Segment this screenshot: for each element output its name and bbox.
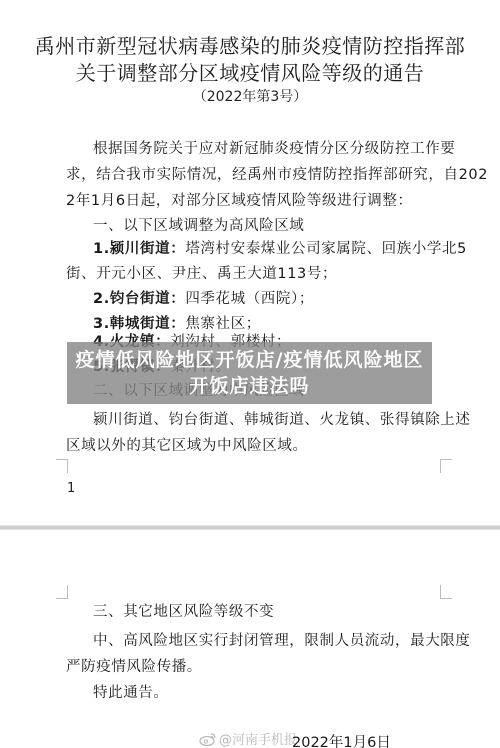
high-risk-item-1: 1.颍川街道：塔湾村安泰煤业公司家属院、回族小学北5 [93, 240, 467, 258]
high-risk-item-3-label: 3.韩城街道： [93, 316, 185, 332]
document-page-1: 禹州市新型冠状病毒感染的肺炎疫情防控指挥部 关于调整部分区域疫情风险等级的通告 … [0, 0, 500, 525]
document-number: （2022年第3号） [0, 86, 500, 106]
high-risk-item-1-continuation: 街、开元小区、尹庄、禹王大道113号； [66, 265, 337, 283]
page-corner-mark [440, 459, 452, 473]
section-3-body-line-1: 中、高风险地区实行封闭管理，限制人员流动，最大限度 [93, 632, 471, 650]
high-risk-item-1-label: 1.颍川街道： [93, 241, 185, 257]
watermark-text: @河南手机报 [219, 729, 297, 748]
high-risk-item-3: 3.韩城街道：焦寨社区； [93, 315, 261, 333]
document-title-line-2: 关于调整部分区域疫情风险等级的通告 [0, 57, 500, 86]
high-risk-item-2-label: 2.钧台街道： [93, 291, 185, 307]
page-corner-mark [56, 585, 68, 599]
document-title-line-1: 禹州市新型冠状病毒感染的肺炎疫情防控指挥部 [0, 30, 500, 59]
document-date: 2022年1月6日 [292, 731, 391, 748]
intro-line-2: 求，结合我市实际情况，经禹州市疫情防控指挥部研究，自202 [66, 166, 488, 184]
section-3-body-line-2: 严防疫情风险传播。 [66, 658, 202, 676]
high-risk-item-2: 2.钧台街道：四季花城（西院）； [93, 290, 314, 308]
page-corner-mark [56, 459, 68, 473]
closing-text: 特此通告。 [93, 684, 169, 702]
page-number: 1 [67, 481, 75, 496]
section-3-heading: 三、其它地区风险等级不变 [93, 603, 274, 621]
intro-line-1: 根据国务院关于应对新冠肺炎疫情分区分级防控工作要 [93, 140, 455, 158]
medium-risk-line-1: 颍川街道、钧台街道、韩城街道、火龙镇、张得镇除上述 [93, 411, 471, 429]
weibo-icon [199, 732, 217, 746]
high-risk-item-3-text: 焦寨社区； [185, 316, 261, 332]
intro-line-3: 2年1月6日起，对部分区域疫情风险等级进行调整： [66, 192, 413, 210]
page-break-divider [0, 525, 500, 530]
overlay-title: 疫情低风险地区开饭店/疫情低风险地区开饭店违法吗 [67, 347, 432, 399]
page-corner-mark [440, 585, 452, 599]
watermark: @河南手机报 [199, 729, 297, 748]
high-risk-item-2-text: 四季花城（西院）； [185, 291, 314, 307]
high-risk-item-1-text: 塔湾村安泰煤业公司家属院、回族小学北5 [185, 241, 467, 257]
medium-risk-line-2: 区域以外的其它区域为中风险区域。 [66, 437, 308, 455]
section-1-heading: 一、以下区域调整为高风险区域 [93, 217, 304, 235]
article-title-overlay: 疫情低风险地区开饭店/疫情低风险地区开饭店违法吗 [67, 342, 432, 404]
